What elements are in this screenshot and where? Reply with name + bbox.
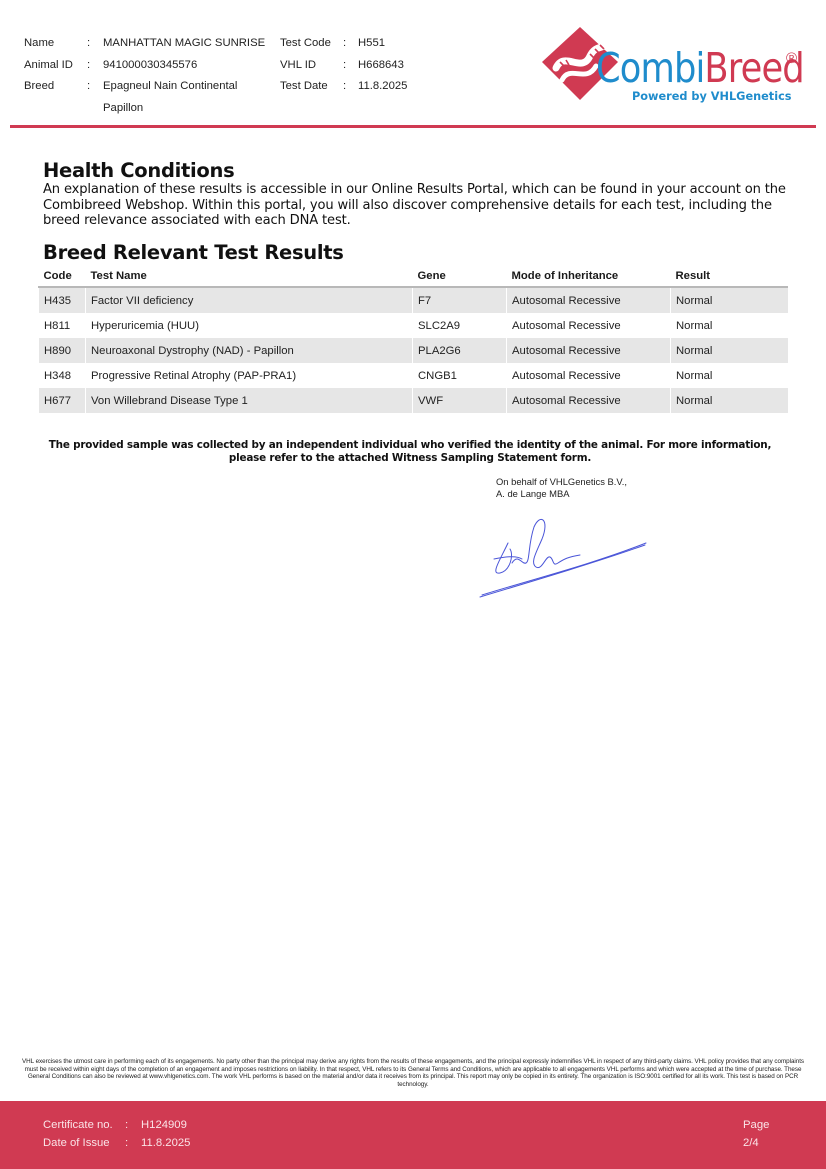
info-row-animal-id: Animal ID : 941000030345576 VHL ID : H66… [24, 55, 438, 77]
certificate-label: Certificate no. [43, 1119, 125, 1131]
animal-info: Name : MANHATTAN MAGIC SUNRISE Test Code… [24, 33, 438, 120]
vhl-id-value: H668643 [358, 55, 438, 77]
combibreed-logo: CombiBreed ® Powered by VHLGenetics [538, 24, 808, 108]
cell-mode: Autosomal Recessive [507, 338, 671, 363]
page-number: 2/4 [743, 1137, 759, 1149]
info-row-breed-cont: Papillon [24, 98, 438, 120]
cell-result: Normal [671, 388, 789, 413]
column-header-mode: Mode of Inheritance [507, 266, 671, 287]
cell-test-name: Neuroaxonal Dystrophy (NAD) - Papillon [86, 338, 413, 363]
cell-mode: Autosomal Recessive [507, 363, 671, 388]
empty-separator [87, 98, 103, 120]
cell-mode: Autosomal Recessive [507, 388, 671, 413]
empty-label [24, 98, 87, 120]
cell-test-name: Progressive Retinal Atrophy (PAP-PRA1) [86, 363, 413, 388]
separator: : [87, 76, 103, 98]
signatory-block: On behalf of VHLGenetics B.V., A. de Lan… [496, 476, 627, 499]
signatory-name: A. de Lange MBA [496, 488, 627, 500]
table-row: H890 Neuroaxonal Dystrophy (NAD) - Papil… [39, 338, 789, 363]
cell-result: Normal [671, 363, 789, 388]
cell-code: H677 [39, 388, 86, 413]
cell-gene: F7 [413, 287, 507, 313]
certificate-value: H124909 [141, 1119, 187, 1131]
test-code-value: H551 [358, 33, 438, 55]
signature-image [470, 505, 670, 605]
certificate-row: Certificate no. : H124909 [43, 1119, 187, 1131]
column-header-test-name: Test Name [86, 266, 413, 287]
name-label: Name [24, 33, 87, 55]
test-date-label: Test Date [280, 76, 343, 98]
table-row: H435 Factor VII deficiency F7 Autosomal … [39, 287, 789, 313]
issue-date-value: 11.8.2025 [141, 1137, 190, 1149]
cell-result: Normal [671, 287, 789, 313]
logo-wordmark-combi: Combi [596, 44, 704, 92]
info-row-name: Name : MANHATTAN MAGIC SUNRISE Test Code… [24, 33, 438, 55]
signatory-company: On behalf of VHLGenetics B.V., [496, 476, 627, 488]
health-conditions-text: An explanation of these results is acces… [43, 182, 788, 229]
cell-code: H811 [39, 313, 86, 338]
separator: : [87, 33, 103, 55]
cell-result: Normal [671, 338, 789, 363]
test-date-value: 11.8.2025 [358, 76, 438, 98]
issue-date-row: Date of Issue : 11.8.2025 [43, 1137, 190, 1149]
logo-wordmark: CombiBreed [596, 44, 804, 92]
cell-gene: SLC2A9 [413, 313, 507, 338]
footer-bar: Certificate no. : H124909 Date of Issue … [0, 1101, 826, 1169]
animal-id-label: Animal ID [24, 55, 87, 77]
cell-result: Normal [671, 313, 789, 338]
breed-value-continued: Papillon [103, 98, 280, 120]
column-header-result: Result [671, 266, 789, 287]
logo-tagline: Powered by VHLGenetics [632, 90, 792, 103]
cell-test-name: Von Willebrand Disease Type 1 [86, 388, 413, 413]
table-row: H811 Hyperuricemia (HUU) SLC2A9 Autosoma… [39, 313, 789, 338]
cell-test-name: Factor VII deficiency [86, 287, 413, 313]
health-conditions-title: Health Conditions [43, 159, 234, 182]
breed-value: Epagneul Nain Continental [103, 76, 280, 98]
results-table: Code Test Name Gene Mode of Inheritance … [38, 266, 788, 413]
info-row-breed: Breed : Epagneul Nain Continental Test D… [24, 76, 438, 98]
vhl-id-label: VHL ID [280, 55, 343, 77]
cell-test-name: Hyperuricemia (HUU) [86, 313, 413, 338]
separator: : [343, 76, 358, 98]
cell-code: H435 [39, 287, 86, 313]
table-header-row: Code Test Name Gene Mode of Inheritance … [39, 266, 789, 287]
results-title: Breed Relevant Test Results [43, 241, 344, 264]
header-divider [10, 125, 816, 128]
cell-code: H890 [39, 338, 86, 363]
breed-label: Breed [24, 76, 87, 98]
separator: : [125, 1119, 141, 1131]
cell-code: H348 [39, 363, 86, 388]
separator: : [343, 33, 358, 55]
separator: : [343, 55, 358, 77]
animal-id-value: 941000030345576 [103, 55, 280, 77]
cell-mode: Autosomal Recessive [507, 313, 671, 338]
separator: : [125, 1137, 141, 1149]
cell-gene: CNGB1 [413, 363, 507, 388]
cell-gene: VWF [413, 388, 507, 413]
cell-mode: Autosomal Recessive [507, 287, 671, 313]
witness-sampling-notice: The provided sample was collected by an … [30, 439, 790, 464]
column-header-gene: Gene [413, 266, 507, 287]
test-code-label: Test Code [280, 33, 343, 55]
table-row: H677 Von Willebrand Disease Type 1 VWF A… [39, 388, 789, 413]
issue-date-label: Date of Issue [43, 1137, 125, 1149]
registered-mark: ® [786, 50, 797, 67]
name-value: MANHATTAN MAGIC SUNRISE [103, 33, 280, 55]
cell-gene: PLA2G6 [413, 338, 507, 363]
legal-disclaimer: VHL exercises the utmost care in perform… [20, 1058, 806, 1088]
table-row: H348 Progressive Retinal Atrophy (PAP-PR… [39, 363, 789, 388]
page-label: Page [743, 1119, 769, 1131]
separator: : [87, 55, 103, 77]
column-header-code: Code [39, 266, 86, 287]
